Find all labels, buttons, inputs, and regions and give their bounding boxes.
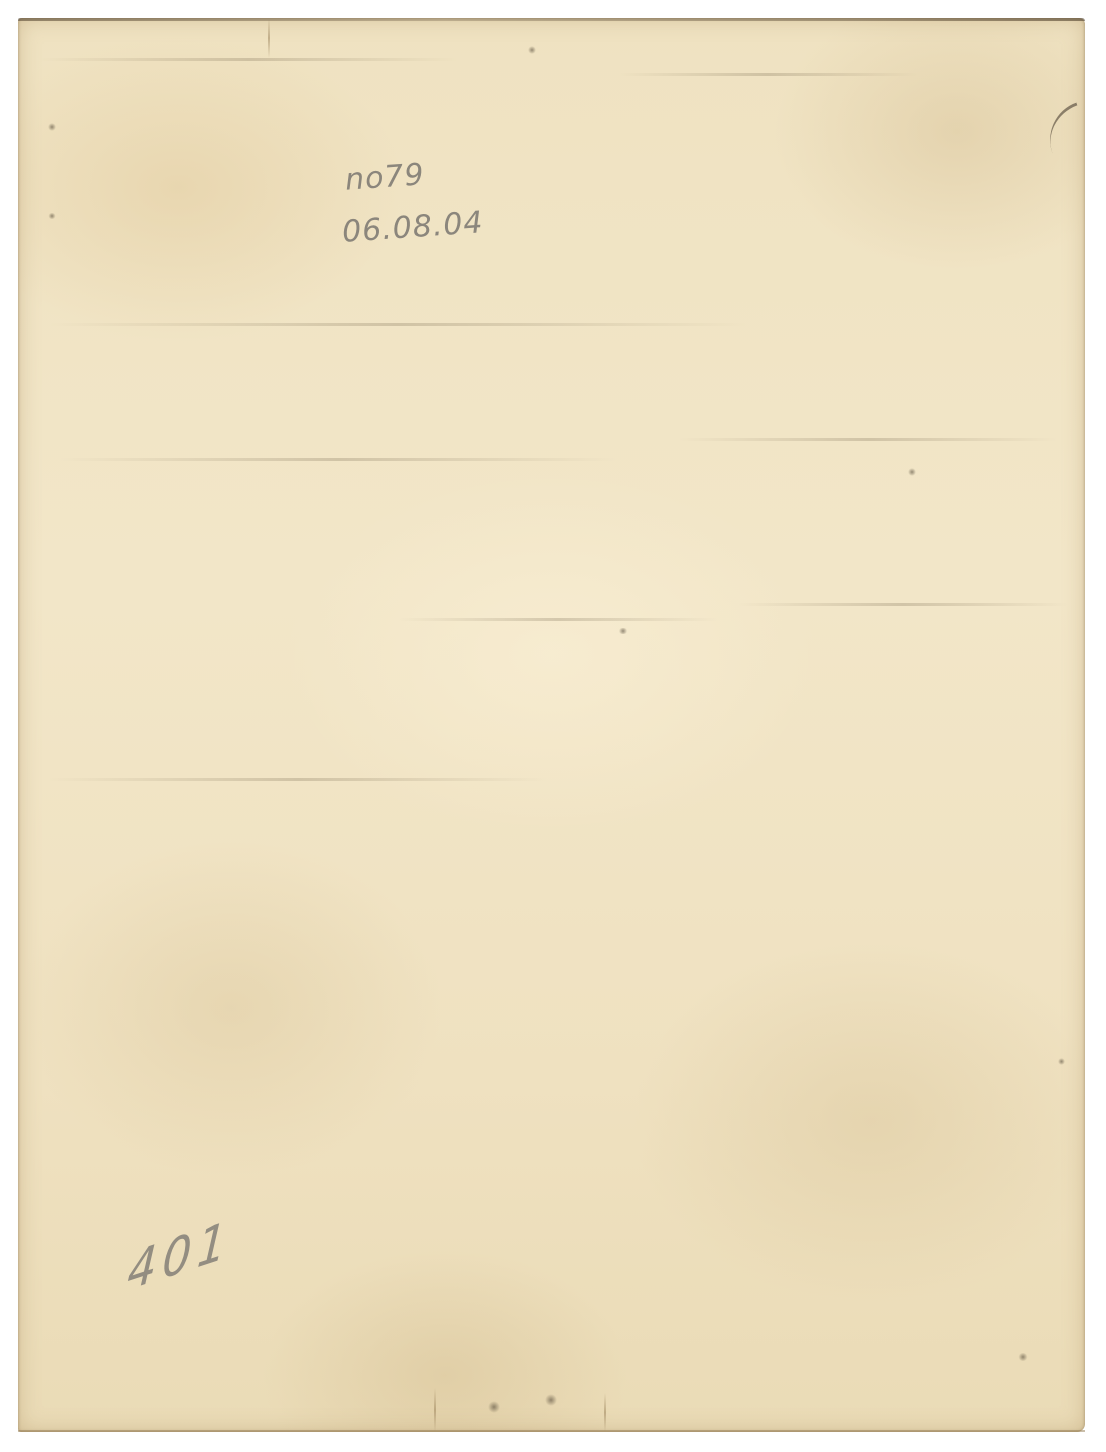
stain-line [678,438,1058,441]
stain-line [38,58,458,61]
ink-speck [545,1394,557,1406]
stain-line [738,603,1068,606]
ink-speck [1018,1353,1028,1361]
ink-speck [48,123,56,131]
bottom-edge [18,1430,1085,1432]
paper-sheet [18,18,1085,1432]
ink-speck [48,213,56,219]
ink-speck [528,46,536,54]
stain-line [618,73,918,76]
edge-tear [604,1393,606,1432]
stain-line [48,323,748,326]
ink-speck [618,628,628,634]
stain-line [398,618,718,621]
ink-speck [488,1401,500,1413]
ink-speck [908,468,916,476]
catalog-number-annotation: no79 [344,157,426,197]
top-edge-soiling [18,18,1085,21]
corner-fold-mark [1039,102,1091,156]
ink-speck [1058,1058,1065,1065]
stain-line [48,778,548,781]
stain-line [58,458,618,461]
crease [268,18,270,58]
edge-tear [434,1388,436,1432]
